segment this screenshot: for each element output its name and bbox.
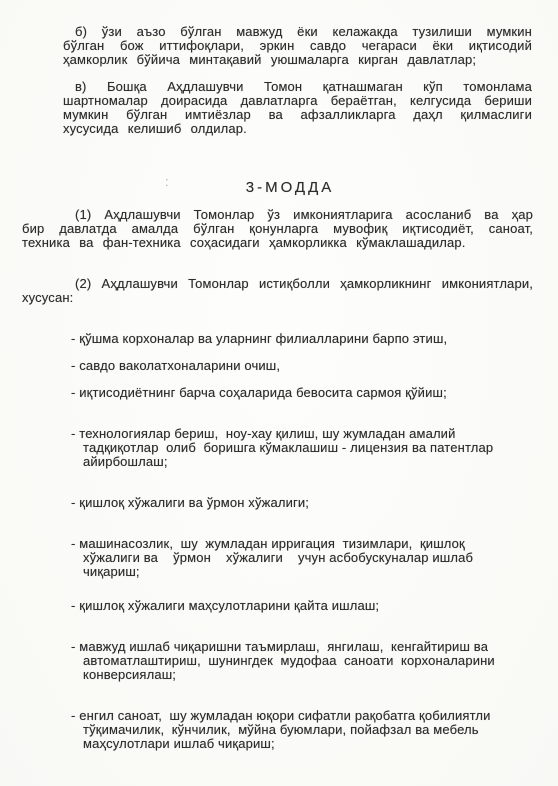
paragraph: в) Бошқа Аҳдлашувчи Томон қатнашмаган кў… (63, 80, 532, 136)
list-item: - иқтисодиётнинг барча соҳаларида бевоси… (71, 386, 534, 400)
paragraph: (1) Аҳдлашувчи Томонлар ўз имкониятлариг… (22, 208, 533, 250)
document-body: б) ўзи аъзо бўлган мавжуд ёки келажакда … (0, 25, 558, 751)
list-item: - савдо ваколатхоналарини очиш, (71, 359, 534, 373)
list-item: - қишлоқ хўжалиги маҳсулотларини қайта и… (71, 599, 534, 613)
list-item: - қишлоқ хўжалиги ва ўрмон хўжалиги; (71, 496, 534, 510)
list-item: - мавжуд ишлаб чиқаришни таъмирлаш, янги… (71, 640, 534, 682)
article-heading: 3-МОДДА (22, 180, 558, 195)
paragraph: (2) Аҳдлашувчи Томонлар истиқболли ҳамко… (22, 277, 533, 305)
list-item: - технологиялар бериш, ноу-хау қилиш, шу… (71, 427, 534, 469)
list-item: - қўшма корхоналар ва уларнинг филиаллар… (71, 332, 534, 346)
scanned-page: : б) ўзи аъзо бўлган мавжуд ёки келажакд… (0, 0, 558, 786)
list-item: - машинасозлик, шу жумладан ирригация ти… (71, 537, 534, 579)
paragraph: б) ўзи аъзо бўлган мавжуд ёки келажакда … (63, 25, 532, 67)
scan-artifact: : (165, 174, 169, 189)
list-item: - енгил саноат, шу жумладан юқори сифатл… (71, 709, 534, 751)
